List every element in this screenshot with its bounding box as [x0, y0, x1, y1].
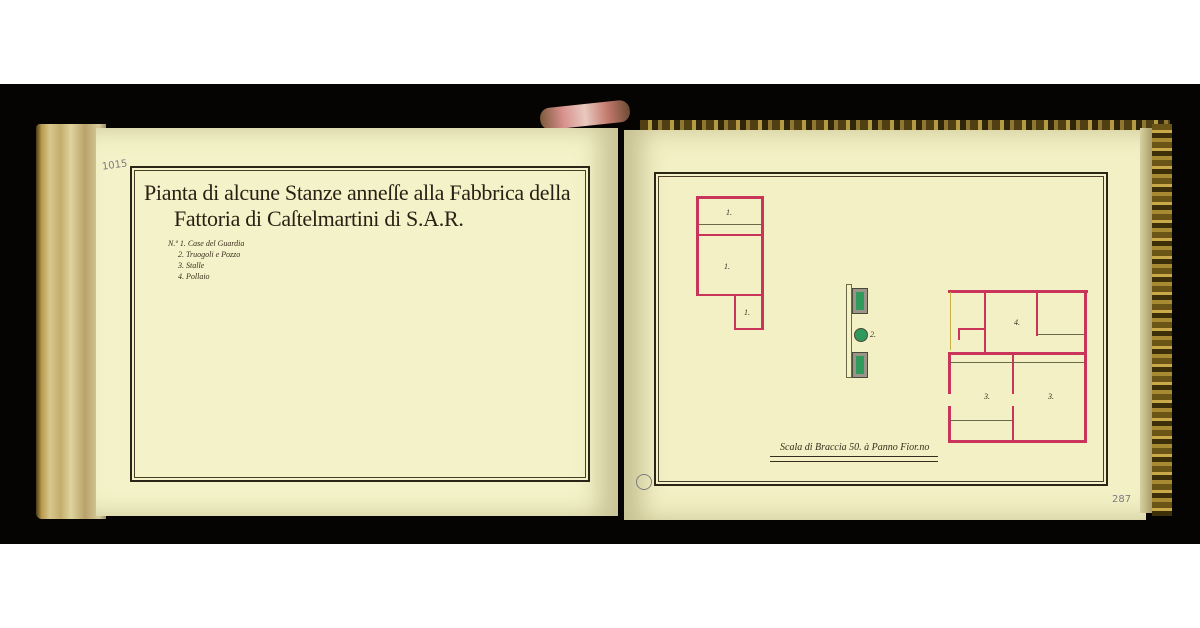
room-label: 3.	[1048, 392, 1054, 401]
room-label: 3.	[984, 392, 990, 401]
room-label: 1.	[724, 262, 730, 271]
gilt-cover-edge-right	[1152, 124, 1172, 516]
room-label: 1.	[744, 308, 750, 317]
title-line-2: Fattoria di Caſtelmartini di S.A.R.	[144, 206, 604, 232]
legend: N.º 1. Case del Guardia 2. Truogoli e Po…	[168, 238, 244, 282]
legend-item: 4. Pollaio	[168, 271, 244, 282]
room-label: 2.	[870, 330, 876, 339]
pencil-folio-number: 1015	[101, 158, 128, 172]
room-label: 1.	[726, 208, 732, 217]
page-border	[654, 172, 1108, 486]
left-page: 1015 Pianta di alcune Stanze anneſſe all…	[96, 128, 618, 516]
pencil-folio-number: 287	[1112, 494, 1131, 505]
scale-caption: Scala di Braccia 50. à Panno Fior.no	[780, 442, 929, 453]
scale-bar	[770, 456, 938, 462]
legend-item: 2. Truogoli e Pozzo	[168, 249, 244, 260]
right-page: 1. 1. 1. 2.	[624, 130, 1146, 520]
title-line-1: Pianta di alcune Stanze anneſſe alla Fab…	[144, 180, 570, 205]
library-stamp	[636, 474, 652, 490]
room-label: 4.	[1014, 318, 1020, 327]
page-title: Pianta di alcune Stanze anneſſe alla Fab…	[144, 180, 604, 232]
legend-item: 3. Stalle	[168, 260, 244, 271]
bookmark-ribbon	[539, 99, 631, 130]
legend-item: N.º 1. Case del Guardia	[168, 238, 244, 249]
manuscript-photo: 1015 Pianta di alcune Stanze anneſſe all…	[0, 84, 1200, 544]
